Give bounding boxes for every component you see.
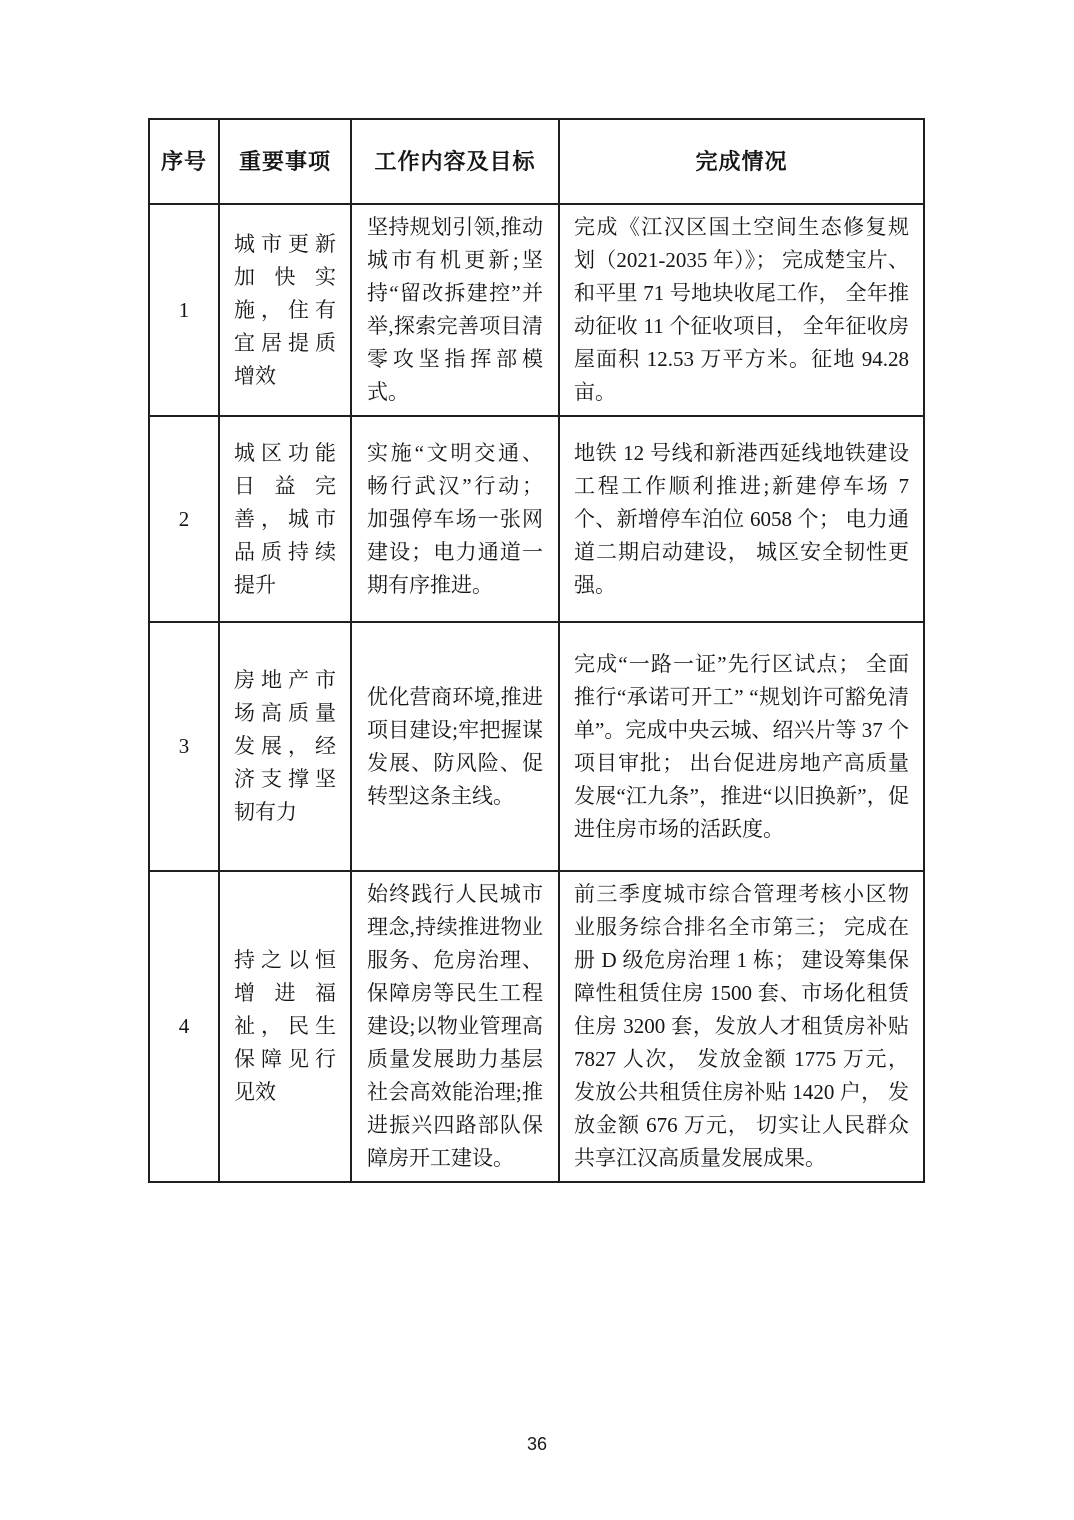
- table-row: 4 持之以恒增进福祉，民生保障见行见效 始终践行人民城市理念,持续推进物业服务、…: [149, 871, 924, 1182]
- cell-serial-number: 2: [149, 416, 219, 622]
- cell-work-content: 坚持规划引领,推动城市有机更新;坚持“留改拆建控”并举,探索完善项目清零攻坚指挥…: [351, 204, 559, 416]
- table-row: 1 城市更新加快实施，住有宜居提质增效 坚持规划引领,推动城市有机更新;坚持“留…: [149, 204, 924, 416]
- cell-work-content: 始终践行人民城市理念,持续推进物业服务、危房治理、保障房等民生工程建设;以物业管…: [351, 871, 559, 1182]
- cell-completion-status: 完成《江汉区国土空间生态修复规划（2021-2035 年）》； 完成楚宝片、和平…: [559, 204, 924, 416]
- table-row: 3 房地产市场高质量发展，经济支撑坚韧有力 优化营商环境,推进项目建设;牢把握谋…: [149, 622, 924, 871]
- cell-important-matter: 持之以恒增进福祉，民生保障见行见效: [219, 871, 351, 1182]
- cell-completion-status: 完成“一路一证”先行区试点； 全面推行“承诺可开工” “规划许可豁免清单”。完成…: [559, 622, 924, 871]
- cell-important-matter: 城区功能日益完善，城市品质持续提升: [219, 416, 351, 622]
- header-cell-important-matter: 重要事项: [219, 119, 351, 204]
- header-cell-completion: 完成情况: [559, 119, 924, 204]
- cell-work-content: 实施“文明交通、畅行武汉”行动； 加强停车场一张网建设；电力通道一期有序推进。: [351, 416, 559, 622]
- cell-serial-number: 3: [149, 622, 219, 871]
- document-page: 序号 重要事项 工作内容及目标 完成情况 1 城市更新加快实施，住有宜居提质增效…: [0, 0, 1074, 1520]
- header-row: 序号 重要事项 工作内容及目标 完成情况: [149, 119, 924, 204]
- cell-serial-number: 1: [149, 204, 219, 416]
- work-report-table: 序号 重要事项 工作内容及目标 完成情况 1 城市更新加快实施，住有宜居提质增效…: [148, 118, 925, 1183]
- cell-work-content: 优化营商环境,推进项目建设;牢把握谋发展、防风险、促转型这条主线。: [351, 622, 559, 871]
- cell-completion-status: 地铁 12 号线和新港西延线地铁建设工程工作顺利推进;新建停车场 7 个、新增停…: [559, 416, 924, 622]
- table-row: 2 城区功能日益完善，城市品质持续提升 实施“文明交通、畅行武汉”行动； 加强停…: [149, 416, 924, 622]
- page-number: 36: [0, 1434, 1074, 1455]
- cell-important-matter: 城市更新加快实施，住有宜居提质增效: [219, 204, 351, 416]
- cell-important-matter: 房地产市场高质量发展，经济支撑坚韧有力: [219, 622, 351, 871]
- cell-completion-status: 前三季度城市综合管理考核小区物业服务综合排名全市第三； 完成在册 D 级危房治理…: [559, 871, 924, 1182]
- header-cell-work-content: 工作内容及目标: [351, 119, 559, 204]
- header-cell-serial: 序号: [149, 119, 219, 204]
- cell-serial-number: 4: [149, 871, 219, 1182]
